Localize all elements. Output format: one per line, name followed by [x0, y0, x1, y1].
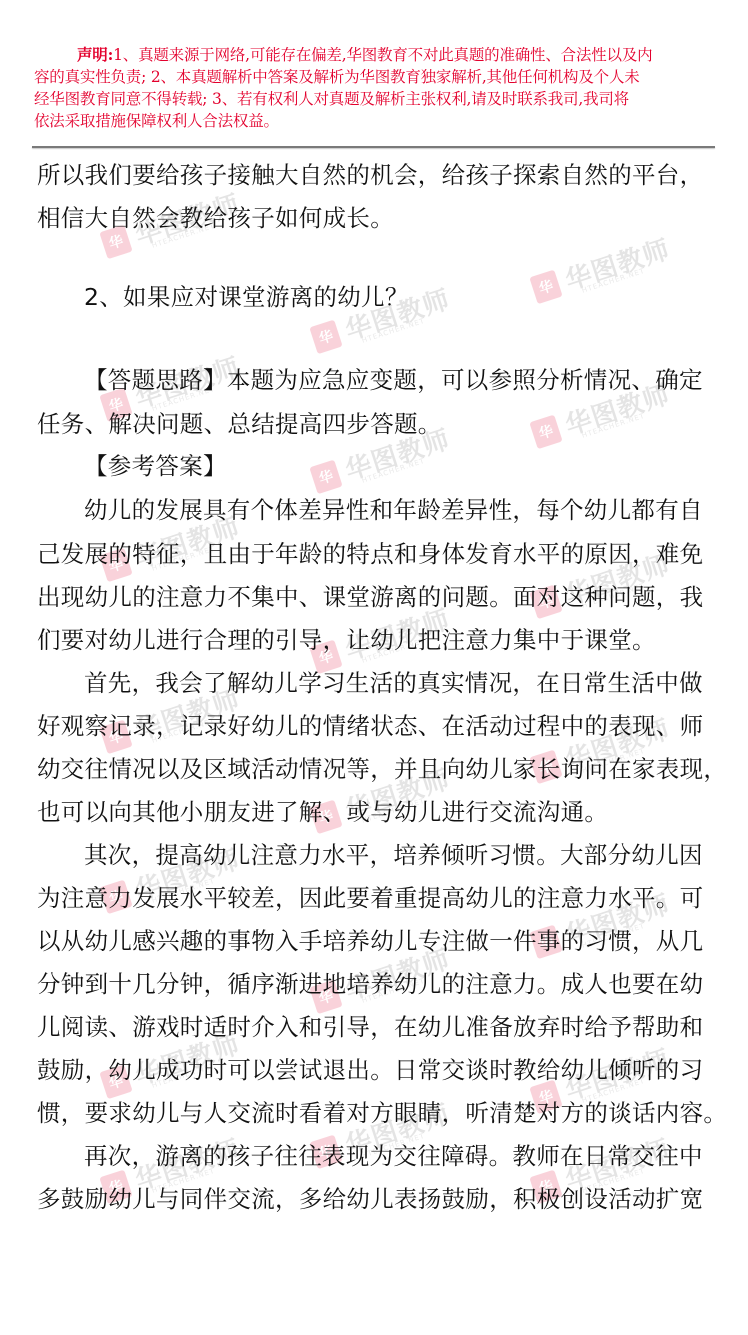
disclaimer-line: 声明:1、真题来源于网络,可能存在偏差,华图教育不对此真题的准确性、合法性以及内 — [34, 44, 718, 66]
text-line: 以从幼儿感兴趣的事物入手培养幼儿专注做一件事的习惯，从几 — [37, 927, 703, 955]
text-line: 出现幼儿的注意力不集中、课堂游离的问题。面对这种问题，我 — [37, 583, 703, 611]
text-line: 幼儿的发展具有个体差异性和年龄差异性，每个幼儿都有自 — [84, 496, 703, 524]
text-line: 再次，游离的孩子往往表现为交往障碍。教师在日常交往中 — [84, 1142, 703, 1170]
text-line: 分钟到十几分钟，循序渐进地培养幼儿的注意力。成人也要在幼 — [37, 970, 703, 998]
text-line: 任务、解决问题、总结提高四步答题。 — [37, 410, 442, 438]
text-line: 2、如果应对课堂游离的幼儿？ — [84, 283, 409, 311]
text-line: 相信大自然会教给孩子如何成长。 — [37, 204, 394, 232]
disclaimer-line: 经华图教育同意不得转载; 3、若有权利人对真题及解析主张权利,请及时联系我司,我… — [34, 88, 718, 110]
watermark-subtext: HTEACHER.NET — [361, 457, 426, 485]
brand-logo-icon: 华 — [309, 459, 342, 494]
text-line: 【参考答案】 — [84, 452, 227, 480]
text-line: 也可以向其他小朋友进了解、或与幼儿进行交流沟通。 — [37, 798, 608, 826]
header-divider — [32, 146, 715, 148]
text-line: 其次，提高幼儿注意力水平，培养倾听习惯。大部分幼儿因 — [84, 841, 703, 869]
text-line: 好观察记录，记录好幼儿的情绪状态、在活动过程中的表现、师 — [37, 712, 703, 740]
watermark-text: 华图教师 — [560, 229, 674, 298]
watermark-logo: 华 华图教师 HTEACHER.NET — [528, 229, 674, 308]
text-line: 己发展的特征，且由于年龄的特点和身体发育水平的原因，难免 — [37, 540, 703, 568]
disclaimer-line: 容的真实性负责; 2、本真题解析中答案及解析为华图教育独家解析,其他任何机构及个… — [34, 66, 718, 88]
text-line: 幼交往情况以及区域活动情况等，并且向幼儿家长询问在家表现， — [37, 755, 727, 783]
disclaimer-line: 依法采取措施保障权利人合法权益。 — [34, 110, 718, 132]
watermark-subtext: HTEACHER.NET — [581, 412, 646, 440]
text-line: 鼓励，幼儿成功时可以尝试退出。日常交谈时教给幼儿倾听的习 — [37, 1056, 703, 1084]
text-line: 【答题思路】本题为应急应变题，可以参照分析情况、确定 — [84, 366, 703, 394]
text-line: 儿阅读、游戏时适时介入和引导，在幼儿准备放弃时给予帮助和 — [37, 1013, 703, 1041]
text-line: 为注意力发展水平较差，因此要着重提高幼儿的注意力水平。可 — [37, 884, 703, 912]
text-line: 们要对幼儿进行合理的引导，让幼儿把注意力集中于课堂。 — [37, 626, 656, 654]
watermark-subtext: HTEACHER.NET — [581, 267, 646, 295]
text-line: 所以我们要给孩子接触大自然的机会，给孩子探索自然的平台， — [37, 161, 703, 189]
disclaimer-lead: 声明: — [77, 45, 113, 64]
text-line: 多鼓励幼儿与同伴交流，多给幼儿表扬鼓励，积极创设活动扩宽 — [37, 1185, 703, 1213]
disclaimer-text: 1、真题来源于网络,可能存在偏差,华图教育不对此真题的准确性、合法性以及内 — [113, 46, 652, 64]
brand-logo-icon: 华 — [309, 319, 342, 354]
brand-logo-icon: 华 — [529, 414, 562, 449]
watermark-subtext: HTEACHER.NET — [361, 317, 426, 345]
disclaimer-notice: 声明:1、真题来源于网络,可能存在偏差,华图教育不对此真题的准确性、合法性以及内… — [34, 44, 718, 132]
text-line: 首先，我会了解幼儿学习生活的真实情况，在日常生活中做 — [84, 669, 703, 697]
brand-logo-icon: 华 — [529, 269, 562, 304]
text-line: 惯，要求幼儿与人交流时看着对方眼睛，听清楚对方的谈话内容。 — [37, 1099, 727, 1127]
document-page: 华 华图教师 HTEACHER.NET 华 华图教师 HTEACHER.NET … — [0, 0, 748, 1335]
